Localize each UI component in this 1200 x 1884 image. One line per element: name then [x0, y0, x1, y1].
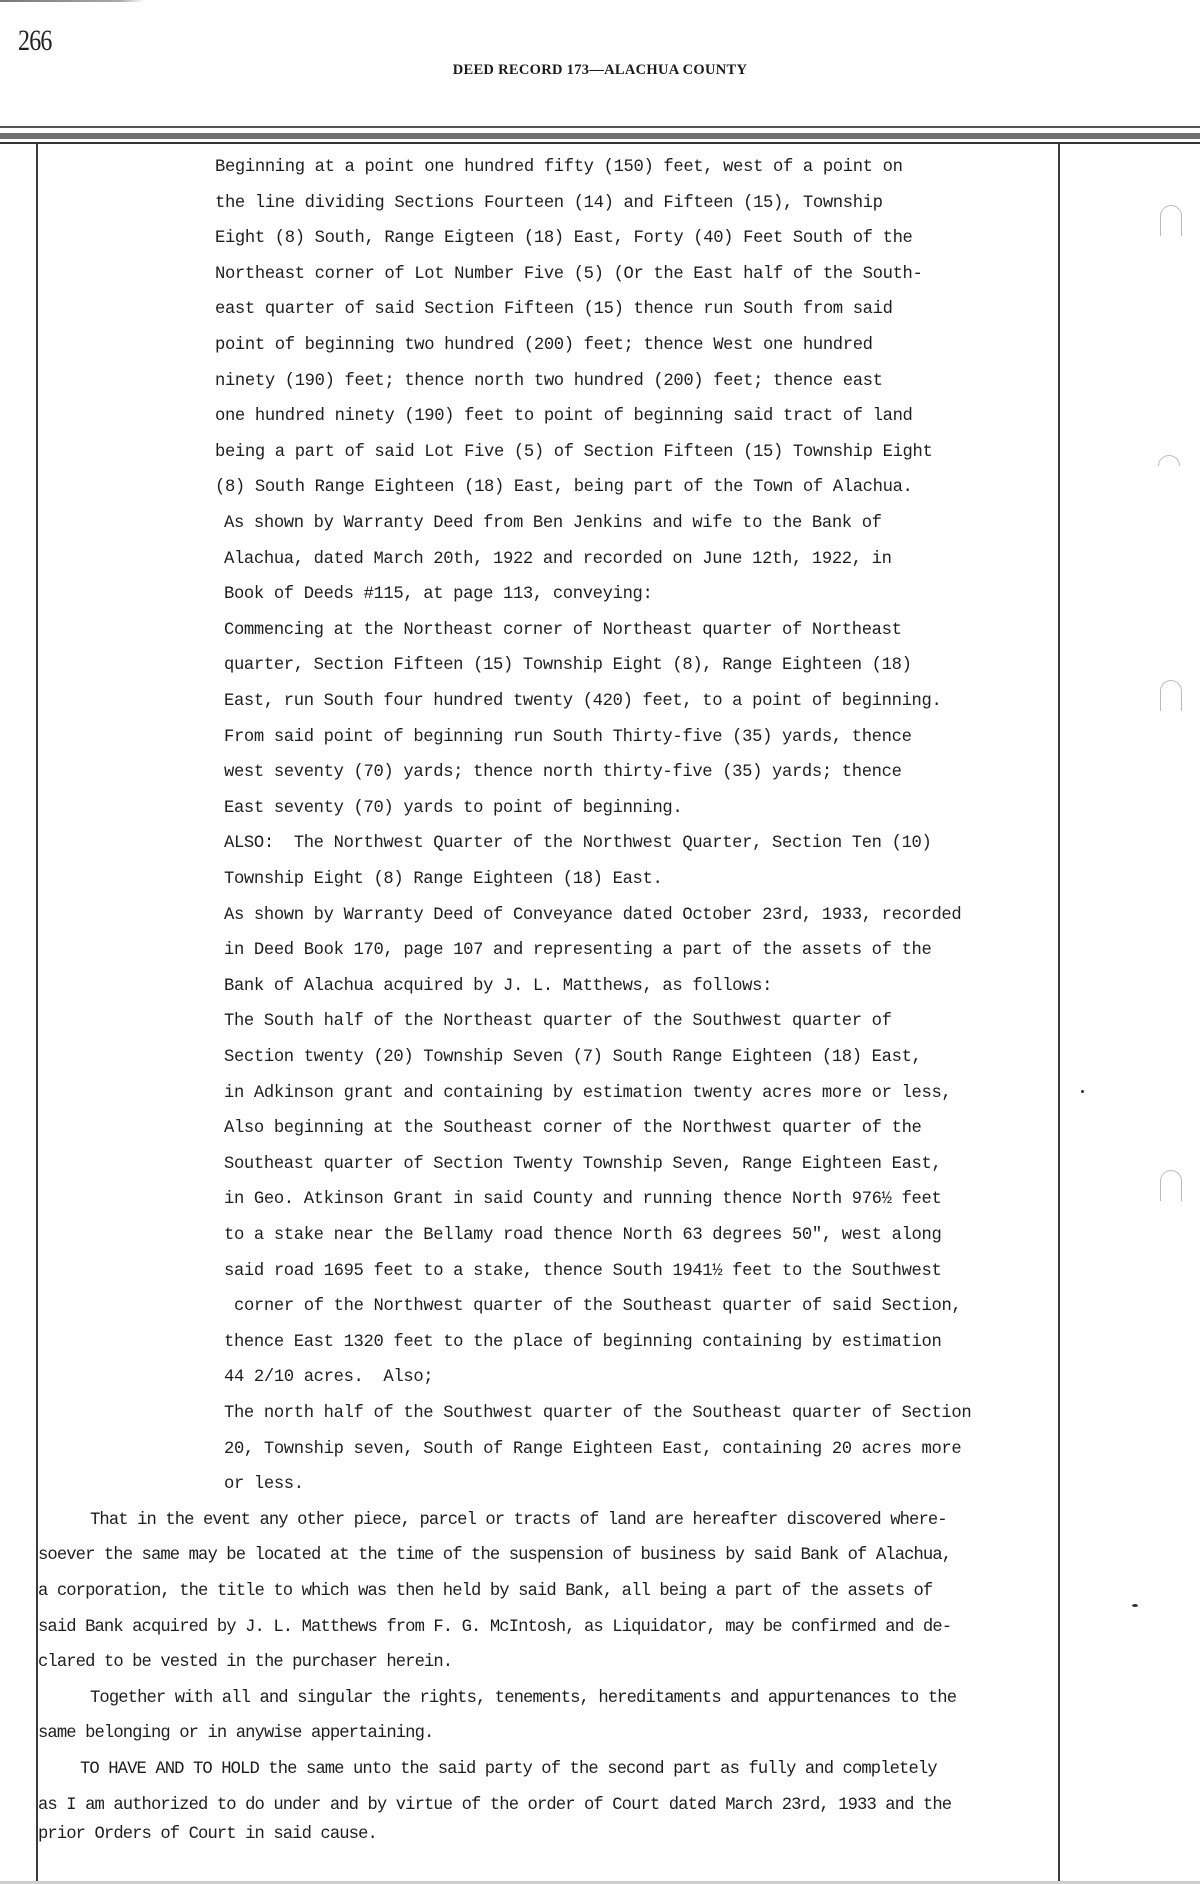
description-line: being a part of said Lot Five (5) of Sec…: [215, 443, 932, 463]
description-line: in Deed Book 170, page 107 and represent…: [224, 941, 931, 961]
description-line: (8) South Range Eighteen (18) East, bein…: [215, 478, 913, 498]
description-line: point of beginning two hundred (200) fee…: [215, 336, 873, 356]
description-line: 20, Township seven, South of Range Eight…: [224, 1440, 961, 1460]
description-line: in Geo. Atkinson Grant in said County an…: [224, 1190, 941, 1210]
description-line: 44 2/10 acres. Also;: [224, 1368, 433, 1388]
description-line: Commencing at the Northeast corner of No…: [224, 621, 902, 641]
header-rule-thin-top: [0, 126, 1200, 128]
page-header-title: DEED RECORD 173—ALACHUA COUNTY: [0, 62, 1200, 79]
description-line: west seventy (70) yards; thence north th…: [224, 763, 902, 783]
ink-speck: [1081, 1090, 1084, 1093]
margin-hole-mark: [1158, 455, 1180, 466]
body-line: same belonging or in anywise appertainin…: [38, 1724, 433, 1744]
description-line: quarter, Section Fifteen (15) Township E…: [224, 656, 912, 676]
body-line: soever the same may be located at the ti…: [38, 1546, 951, 1566]
description-line: or less.: [224, 1475, 304, 1495]
description-line: Book of Deeds #115, at page 113, conveyi…: [224, 585, 652, 605]
description-line: said road 1695 feet to a stake, thence S…: [224, 1262, 941, 1282]
body-line: said Bank acquired by J. L. Matthews fro…: [38, 1618, 951, 1638]
body-line: a corporation, the title to which was th…: [38, 1582, 932, 1602]
body-line: as I am authorized to do under and by vi…: [38, 1796, 951, 1816]
description-line: Southeast quarter of Section Twenty Town…: [224, 1155, 941, 1175]
description-line: Township Eight (8) Range Eighteen (18) E…: [224, 870, 662, 890]
description-line: one hundred ninety (190) feet to point o…: [215, 407, 913, 427]
description-line: Alachua, dated March 20th, 1922 and reco…: [224, 550, 892, 570]
description-line: As shown by Warranty Deed of Conveyance …: [224, 906, 961, 926]
description-line: east quarter of said Section Fifteen (15…: [215, 300, 893, 320]
margin-hole-mark: [1160, 205, 1182, 236]
description-line: Also beginning at the Southeast corner o…: [224, 1119, 922, 1139]
description-line: in Adkinson grant and containing by esti…: [224, 1084, 951, 1104]
description-line: The north half of the Southwest quarter …: [224, 1404, 971, 1424]
description-line: Eight (8) South, Range Eigteen (18) East…: [215, 229, 913, 249]
description-line: ninety (190) feet; thence north two hund…: [215, 372, 883, 392]
margin-hole-mark: [1160, 1170, 1182, 1201]
header-rule-thin-bottom: [0, 142, 1200, 144]
body-line: prior Orders of Court in said cause.: [38, 1825, 377, 1845]
description-line: the line dividing Sections Fourteen (14)…: [215, 194, 883, 214]
body-line: clared to be vested in the purchaser her…: [38, 1653, 452, 1673]
page-number: 266: [18, 24, 52, 58]
description-line: Bank of Alachua acquired by J. L. Matthe…: [224, 977, 772, 997]
description-line: Northeast corner of Lot Number Five (5) …: [215, 265, 922, 285]
body-line: That in the event any other piece, parce…: [90, 1511, 947, 1531]
right-margin-line: [1058, 144, 1060, 1884]
header-rule-thick: [0, 133, 1200, 139]
description-line: East, run South four hundred twenty (420…: [224, 692, 941, 712]
description-line: Section twenty (20) Township Seven (7) S…: [224, 1048, 922, 1068]
description-line: East seventy (70) yards to point of begi…: [224, 799, 682, 819]
ink-speck: [1132, 1604, 1138, 1607]
description-line: to a stake near the Bellamy road thence …: [224, 1226, 941, 1246]
body-line: TO HAVE AND TO HOLD the same unto the sa…: [80, 1760, 937, 1780]
description-line: ALSO: The Northwest Quarter of the North…: [224, 834, 931, 854]
page-top-edge: [0, 0, 1200, 2]
description-line: As shown by Warranty Deed from Ben Jenki…: [224, 514, 882, 534]
description-line: thence East 1320 feet to the place of be…: [224, 1333, 941, 1353]
description-line: Beginning at a point one hundred fifty (…: [215, 158, 903, 178]
description-line: The South half of the Northeast quarter …: [224, 1012, 892, 1032]
body-line: Together with all and singular the right…: [90, 1689, 956, 1709]
margin-hole-mark: [1160, 680, 1182, 711]
description-line: From said point of beginning run South T…: [224, 728, 912, 748]
description-line: corner of the Northwest quarter of the S…: [234, 1297, 961, 1317]
